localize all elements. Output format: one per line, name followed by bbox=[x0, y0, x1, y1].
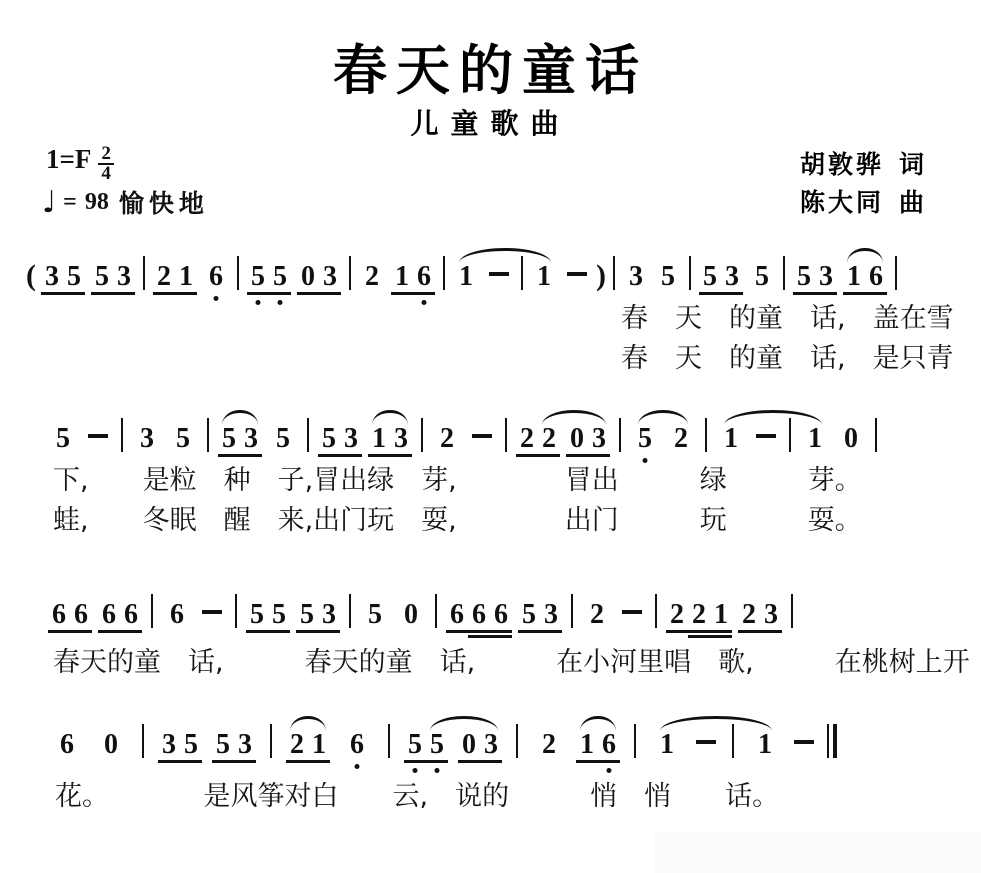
barline bbox=[895, 256, 897, 290]
barline bbox=[505, 418, 507, 452]
note-digit: 5 bbox=[218, 424, 240, 457]
note-digit: 6 bbox=[865, 262, 887, 295]
sheet-music-page: 春天的童话 儿童歌曲 1=F24 ♩ = 98 愉快地 胡敦骅词 陈大同曲 (3… bbox=[0, 0, 981, 873]
note-digit: 1 bbox=[710, 600, 732, 633]
note-digit: 3 bbox=[815, 262, 837, 295]
beam-group: 53 bbox=[518, 600, 562, 633]
note-digit: 3 bbox=[760, 600, 782, 633]
beam-group: 03 bbox=[458, 730, 502, 763]
duration-dash bbox=[696, 740, 716, 744]
note-digit: 1 bbox=[656, 730, 678, 760]
note-digit: 0 bbox=[100, 730, 122, 760]
barline bbox=[237, 256, 239, 290]
score: (3553216550321611)355355316春 天 的童 话, 盖在雪… bbox=[0, 0, 981, 873]
note-digit: 2 bbox=[516, 424, 538, 457]
note-digit: 5 bbox=[212, 730, 234, 763]
barline bbox=[875, 418, 877, 452]
note-digit: 2 bbox=[436, 424, 458, 454]
note-digit: 5 bbox=[426, 730, 448, 763]
note-digit: 3 bbox=[540, 600, 562, 633]
note-digit: 5 bbox=[699, 262, 721, 295]
duration-dash bbox=[794, 740, 814, 744]
music-line-1: (3553216550321611)355355316春 天 的童 话, 盖在雪… bbox=[24, 238, 981, 375]
duration-dash bbox=[472, 434, 492, 438]
duration-dash bbox=[756, 434, 776, 438]
note-digit: 5 bbox=[91, 262, 113, 295]
note-digit: 6 bbox=[205, 262, 227, 292]
barline bbox=[142, 724, 144, 758]
notation-row: 53553553132220352110 bbox=[45, 400, 981, 457]
note-digit: 3 bbox=[390, 424, 412, 457]
notation-row: 603553216550321611 bbox=[45, 706, 981, 763]
barline bbox=[388, 724, 390, 758]
note-digit: 3 bbox=[318, 600, 340, 633]
lyrics-row: 花。 是风筝对白 云, 说的 悄 悄 话。 bbox=[45, 780, 981, 813]
note-digit: 0 bbox=[297, 262, 319, 295]
beam-group: 03 bbox=[297, 262, 341, 295]
notation-row: (3553216550321611)355355316 bbox=[24, 238, 981, 295]
note-digit: 0 bbox=[458, 730, 480, 763]
beam-group: 35 bbox=[158, 730, 202, 763]
beam-group: 666 bbox=[446, 600, 512, 633]
note-digit: 1 bbox=[391, 262, 413, 295]
note-digit: 5 bbox=[751, 262, 773, 292]
note-digit: 3 bbox=[158, 730, 180, 763]
note-digit: 2 bbox=[666, 600, 688, 633]
beam-group: 16 bbox=[843, 262, 887, 295]
barline bbox=[619, 418, 621, 452]
note-digit: 2 bbox=[738, 600, 760, 633]
note-digit: 1 bbox=[308, 730, 330, 763]
note-digit: 2 bbox=[153, 262, 175, 295]
beam-group: 22 bbox=[516, 424, 560, 457]
note-digit: 5 bbox=[247, 262, 269, 295]
note-digit: 2 bbox=[538, 424, 560, 457]
scan-shade bbox=[655, 831, 981, 873]
barline bbox=[443, 256, 445, 290]
note-digit: 5 bbox=[793, 262, 815, 295]
beam-group: 53 bbox=[296, 600, 340, 633]
duration-dash bbox=[88, 434, 108, 438]
note-digit: 2 bbox=[688, 600, 710, 633]
note-digit: 3 bbox=[41, 262, 63, 295]
note-digit: 0 bbox=[840, 424, 862, 454]
note-digit: 3 bbox=[721, 262, 743, 295]
note-digit: 5 bbox=[180, 730, 202, 763]
note-digit: 3 bbox=[136, 424, 158, 454]
lyrics-row: 春 天 的童 话, 是只青 bbox=[24, 342, 981, 375]
note-digit: 5 bbox=[172, 424, 194, 454]
beam-group: 53 bbox=[793, 262, 837, 295]
note-digit: 2 bbox=[586, 600, 608, 630]
beam-group: 21 bbox=[153, 262, 197, 295]
beam-group: 55 bbox=[246, 600, 290, 633]
parenthesis: ) bbox=[594, 259, 608, 292]
barline bbox=[143, 256, 145, 290]
note-digit: 2 bbox=[361, 262, 383, 292]
note-digit: 5 bbox=[318, 424, 340, 457]
note-digit: 1 bbox=[455, 262, 477, 292]
beam-group: 13 bbox=[368, 424, 412, 457]
note-digit: 6 bbox=[48, 600, 70, 633]
music-line-4: 603553216550321611花。 是风筝对白 云, 说的 悄 悄 话。 bbox=[45, 706, 981, 813]
barline bbox=[613, 256, 615, 290]
note-digit: 5 bbox=[52, 424, 74, 454]
note-digit: 6 bbox=[166, 600, 188, 630]
note-digit: 5 bbox=[269, 262, 291, 295]
music-line-3: 6666655535066653222123春天的童 话, 春天的童 话, 在小… bbox=[45, 576, 981, 679]
barline bbox=[435, 594, 437, 628]
beam-group: 53 bbox=[212, 730, 256, 763]
beam-group: 23 bbox=[738, 600, 782, 633]
note-digit: 3 bbox=[319, 262, 341, 295]
beam-group: 66 bbox=[98, 600, 142, 633]
beam-group: 16 bbox=[576, 730, 620, 763]
note-digit: 2 bbox=[538, 730, 560, 760]
note-digit: 0 bbox=[566, 424, 588, 457]
note-digit: 6 bbox=[56, 730, 78, 760]
barline bbox=[421, 418, 423, 452]
lyrics-row: 春天的童 话, 春天的童 话, 在小河里唱 歌, 在桃树上开 bbox=[45, 646, 981, 679]
note-digit: 3 bbox=[625, 262, 647, 292]
note-digit: 3 bbox=[588, 424, 610, 457]
beam-group: 21 bbox=[286, 730, 330, 763]
duration-dash bbox=[489, 272, 509, 276]
note-digit: 6 bbox=[120, 600, 142, 633]
note-digit: 5 bbox=[246, 600, 268, 633]
barline bbox=[689, 256, 691, 290]
beam-group: 53 bbox=[218, 424, 262, 457]
beam-group: 53 bbox=[91, 262, 135, 295]
note-digit: 6 bbox=[490, 600, 512, 633]
note-digit: 1 bbox=[175, 262, 197, 295]
lyrics-row: 下, 是粒 种 子,冒出绿 芽, 冒出 绿 芽。 bbox=[45, 464, 981, 497]
note-digit: 6 bbox=[446, 600, 468, 633]
barline bbox=[783, 256, 785, 290]
barline bbox=[349, 256, 351, 290]
final-barline bbox=[827, 724, 837, 758]
beam-group: 03 bbox=[566, 424, 610, 457]
barline bbox=[121, 418, 123, 452]
note-digit: 5 bbox=[364, 600, 386, 630]
note-digit: 5 bbox=[272, 424, 294, 454]
note-digit: 3 bbox=[340, 424, 362, 457]
lyrics-row: 蛙, 冬眠 醒 来,出门玩 耍, 出门 玩 耍。 bbox=[45, 504, 981, 537]
note-digit: 3 bbox=[240, 424, 262, 457]
note-digit: 5 bbox=[634, 424, 656, 454]
note-digit: 1 bbox=[754, 730, 776, 760]
beam-group: 35 bbox=[41, 262, 85, 295]
beam-group: 53 bbox=[699, 262, 743, 295]
barline bbox=[571, 594, 573, 628]
note-digit: 1 bbox=[804, 424, 826, 454]
barline bbox=[516, 724, 518, 758]
beam-group: 221 bbox=[666, 600, 732, 633]
beam-group: 55 bbox=[404, 730, 448, 763]
beam-group: 66 bbox=[48, 600, 92, 633]
note-digit: 6 bbox=[468, 600, 490, 633]
note-digit: 3 bbox=[113, 262, 135, 295]
note-digit: 6 bbox=[98, 600, 120, 633]
note-digit: 6 bbox=[598, 730, 620, 763]
note-digit: 1 bbox=[533, 262, 555, 292]
note-digit: 6 bbox=[413, 262, 435, 295]
duration-dash bbox=[567, 272, 587, 276]
barline bbox=[207, 418, 209, 452]
note-digit: 1 bbox=[843, 262, 865, 295]
beam-group: 16 bbox=[391, 262, 435, 295]
barline bbox=[791, 594, 793, 628]
note-digit: 3 bbox=[480, 730, 502, 763]
barline bbox=[634, 724, 636, 758]
parenthesis: ( bbox=[24, 259, 38, 292]
beam-group: 55 bbox=[247, 262, 291, 295]
barline bbox=[270, 724, 272, 758]
note-digit: 2 bbox=[670, 424, 692, 454]
duration-dash bbox=[622, 610, 642, 614]
note-digit: 5 bbox=[657, 262, 679, 292]
note-digit: 2 bbox=[286, 730, 308, 763]
note-digit: 6 bbox=[70, 600, 92, 633]
barline bbox=[705, 418, 707, 452]
note-digit: 1 bbox=[576, 730, 598, 763]
note-digit: 0 bbox=[400, 600, 422, 630]
barline bbox=[349, 594, 351, 628]
note-digit: 5 bbox=[518, 600, 540, 633]
barline bbox=[235, 594, 237, 628]
note-digit: 5 bbox=[268, 600, 290, 633]
notation-row: 6666655535066653222123 bbox=[45, 576, 981, 633]
note-digit: 6 bbox=[346, 730, 368, 760]
note-digit: 5 bbox=[404, 730, 426, 763]
note-digit: 1 bbox=[368, 424, 390, 457]
beam-group: 53 bbox=[318, 424, 362, 457]
lyrics-row: 春 天 的童 话, 盖在雪 bbox=[24, 302, 981, 335]
note-digit: 3 bbox=[234, 730, 256, 763]
duration-dash bbox=[202, 610, 222, 614]
barline bbox=[655, 594, 657, 628]
note-digit: 5 bbox=[63, 262, 85, 295]
barline bbox=[151, 594, 153, 628]
note-digit: 5 bbox=[296, 600, 318, 633]
barline bbox=[307, 418, 309, 452]
music-line-2: 53553553132220352110下, 是粒 种 子,冒出绿 芽, 冒出 … bbox=[45, 400, 981, 537]
note-digit: 1 bbox=[720, 424, 742, 454]
